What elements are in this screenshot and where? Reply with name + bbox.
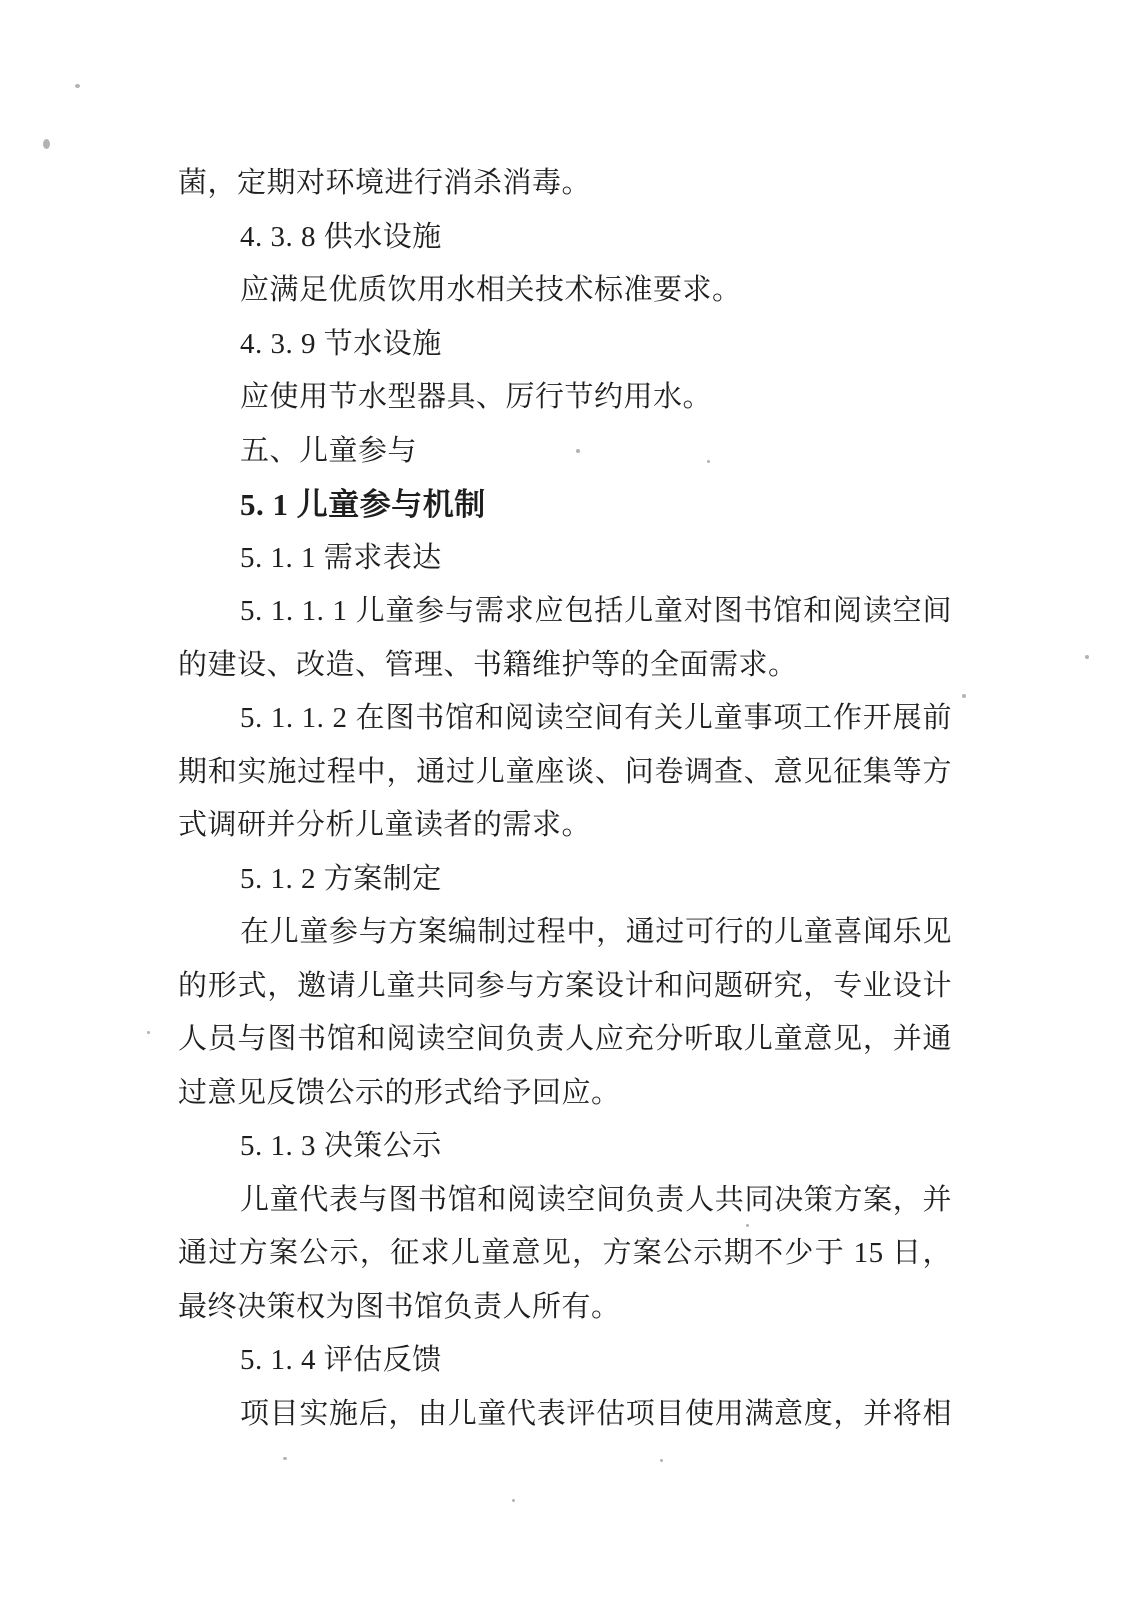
text-line: 的形式，邀请儿童共同参与方案设计和问题研究，专业设计 bbox=[178, 960, 952, 1014]
scan-noise-speck bbox=[433, 1089, 437, 1093]
document-text-block: 菌，定期对环境进行消杀消毒。4. 3. 8 供水设施应满足优质饮用水相关技术标准… bbox=[178, 157, 952, 1441]
scan-noise-speck bbox=[962, 694, 966, 698]
scanned-document-page: 菌，定期对环境进行消杀消毒。4. 3. 8 供水设施应满足优质饮用水相关技术标准… bbox=[0, 0, 1131, 1600]
text-line: 人员与图书馆和阅读空间负责人应充分听取儿童意见，并通 bbox=[178, 1013, 952, 1067]
scan-noise-speck bbox=[75, 84, 80, 88]
text-line: 的建设、改造、管理、书籍维护等的全面需求。 bbox=[178, 639, 952, 693]
text-line: 在儿童参与方案编制过程中，通过可行的儿童喜闻乐见 bbox=[178, 906, 952, 960]
scan-noise-speck bbox=[660, 1459, 663, 1462]
text-line: 5. 1. 1. 2 在图书馆和阅读空间有关儿童事项工作开展前 bbox=[178, 692, 952, 746]
text-line: 儿童代表与图书馆和阅读空间负责人共同决策方案，并 bbox=[178, 1174, 952, 1228]
text-line: 式调研并分析儿童读者的需求。 bbox=[178, 799, 952, 853]
scan-noise-speck bbox=[43, 139, 50, 149]
text-line: 5. 1. 2 方案制定 bbox=[178, 853, 952, 907]
scan-noise-speck bbox=[870, 620, 873, 623]
text-line: 应使用节水型器具、厉行节约用水。 bbox=[178, 371, 952, 425]
text-line: 5. 1. 4 评估反馈 bbox=[178, 1334, 952, 1388]
scan-noise-speck bbox=[707, 460, 710, 463]
text-line: 5. 1 儿童参与机制 bbox=[178, 478, 952, 532]
scan-noise-speck bbox=[576, 449, 580, 453]
scan-noise-speck bbox=[512, 1499, 515, 1502]
scan-noise-speck bbox=[746, 1224, 749, 1227]
scan-noise-speck bbox=[427, 560, 431, 563]
scan-noise-speck bbox=[283, 1457, 287, 1460]
scan-noise-speck bbox=[1085, 655, 1089, 659]
text-line: 5. 1. 1 需求表达 bbox=[178, 532, 952, 586]
text-line: 应满足优质饮用水相关技术标准要求。 bbox=[178, 264, 952, 318]
text-line: 4. 3. 8 供水设施 bbox=[178, 211, 952, 265]
text-line: 5. 1. 3 决策公示 bbox=[178, 1120, 952, 1174]
text-line: 5. 1. 1. 1 儿童参与需求应包括儿童对图书馆和阅读空间 bbox=[178, 585, 952, 639]
text-line: 项目实施后，由儿童代表评估项目使用满意度，并将相 bbox=[178, 1388, 952, 1442]
text-line: 最终决策权为图书馆负责人所有。 bbox=[178, 1281, 952, 1335]
text-line: 4. 3. 9 节水设施 bbox=[178, 318, 952, 372]
scan-noise-speck bbox=[147, 1031, 150, 1034]
text-line: 五、儿童参与 bbox=[178, 425, 952, 479]
text-line: 通过方案公示，征求儿童意见，方案公示期不少于 15 日， bbox=[178, 1227, 952, 1281]
text-line: 过意见反馈公示的形式给予回应。 bbox=[178, 1067, 952, 1121]
text-line: 期和实施过程中，通过儿童座谈、问卷调查、意见征集等方 bbox=[178, 746, 952, 800]
text-line: 菌，定期对环境进行消杀消毒。 bbox=[178, 157, 952, 211]
